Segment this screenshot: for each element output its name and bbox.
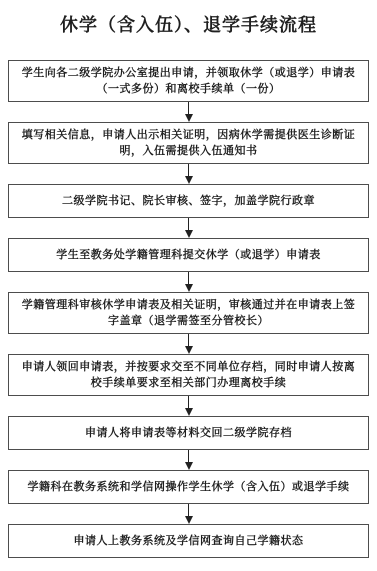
arrow-down-icon <box>185 504 193 524</box>
arrow-head <box>185 462 193 470</box>
flow-step-3: 二级学院书记、院长审核、签字，加盖学院行政章 <box>8 184 369 218</box>
flow-step-4: 学生至教务处学籍管理科提交休学（或退学）申请表 <box>8 238 369 272</box>
arrow-down-icon <box>185 102 193 122</box>
arrow-stem <box>188 504 189 516</box>
arrow-down-icon <box>185 450 193 470</box>
arrow-stem <box>188 450 189 462</box>
flow-step-8-text: 学籍科在教务系统和学信网操作学生休学（含入伍）或退学手续 <box>28 479 350 495</box>
flow-step-7-text: 申请人将申请表等材料交回二级学院存档 <box>85 425 292 441</box>
arrow-head <box>185 114 193 122</box>
flow-step-2: 填写相关信息，申请人出示相关证明，因病休学需提供医生诊断证明，入伍需提供入伍通知… <box>8 122 369 164</box>
flowchart-page: 休学（含入伍）、退学手续流程 学生向各二级学院办公室提出申请，并领取休学（或退学… <box>0 0 377 571</box>
arrow-stem <box>188 334 189 346</box>
arrow-down-icon <box>185 164 193 184</box>
flow-step-6-text: 申请人领回申请表，并按要求交至不同单位存档，同时申请人按离校手续单要求至相关部门… <box>17 359 360 391</box>
arrow-head <box>185 230 193 238</box>
arrow-stem <box>188 164 189 176</box>
arrow-stem <box>188 396 189 408</box>
flow-step-4-text: 学生至教务处学籍管理科提交休学（或退学）申请表 <box>56 247 321 263</box>
arrow-stem <box>188 102 189 114</box>
arrow-down-icon <box>185 334 193 354</box>
flow-step-1-text: 学生向各二级学院办公室提出申请，并领取休学（或退学）申请表（一式多份）和离校手续… <box>17 65 360 97</box>
arrow-head <box>185 346 193 354</box>
arrow-down-icon <box>185 396 193 416</box>
arrow-down-icon <box>185 272 193 292</box>
flow-step-1: 学生向各二级学院办公室提出申请，并领取休学（或退学）申请表（一式多份）和离校手续… <box>8 60 369 102</box>
flow-step-8: 学籍科在教务系统和学信网操作学生休学（含入伍）或退学手续 <box>8 470 369 504</box>
arrow-head <box>185 516 193 524</box>
flow-step-5: 学籍管理科审核休学申请表及相关证明，审核通过并在申请表上签字盖章（退学需签至分管… <box>8 292 369 334</box>
flow-step-3-text: 二级学院书记、院长审核、签字，加盖学院行政章 <box>62 193 315 209</box>
page-title: 休学（含入伍）、退学手续流程 <box>0 0 377 38</box>
arrow-down-icon <box>185 218 193 238</box>
flow-step-6: 申请人领回申请表，并按要求交至不同单位存档，同时申请人按离校手续单要求至相关部门… <box>8 354 369 396</box>
flow-step-5-text: 学籍管理科审核休学申请表及相关证明，审核通过并在申请表上签字盖章（退学需签至分管… <box>17 297 360 329</box>
arrow-head <box>185 284 193 292</box>
flow-step-7: 申请人将申请表等材料交回二级学院存档 <box>8 416 369 450</box>
arrow-head <box>185 408 193 416</box>
arrow-stem <box>188 272 189 284</box>
arrow-stem <box>188 218 189 230</box>
arrow-head <box>185 176 193 184</box>
flow-step-9: 申请人上教务系统及学信网查询自己学籍状态 <box>8 524 369 558</box>
flow-step-9-text: 申请人上教务系统及学信网查询自己学籍状态 <box>74 533 304 549</box>
flow-step-2-text: 填写相关信息，申请人出示相关证明，因病休学需提供医生诊断证明，入伍需提供入伍通知… <box>17 127 360 159</box>
flowchart: 学生向各二级学院办公室提出申请，并领取休学（或退学）申请表（一式多份）和离校手续… <box>8 60 369 558</box>
